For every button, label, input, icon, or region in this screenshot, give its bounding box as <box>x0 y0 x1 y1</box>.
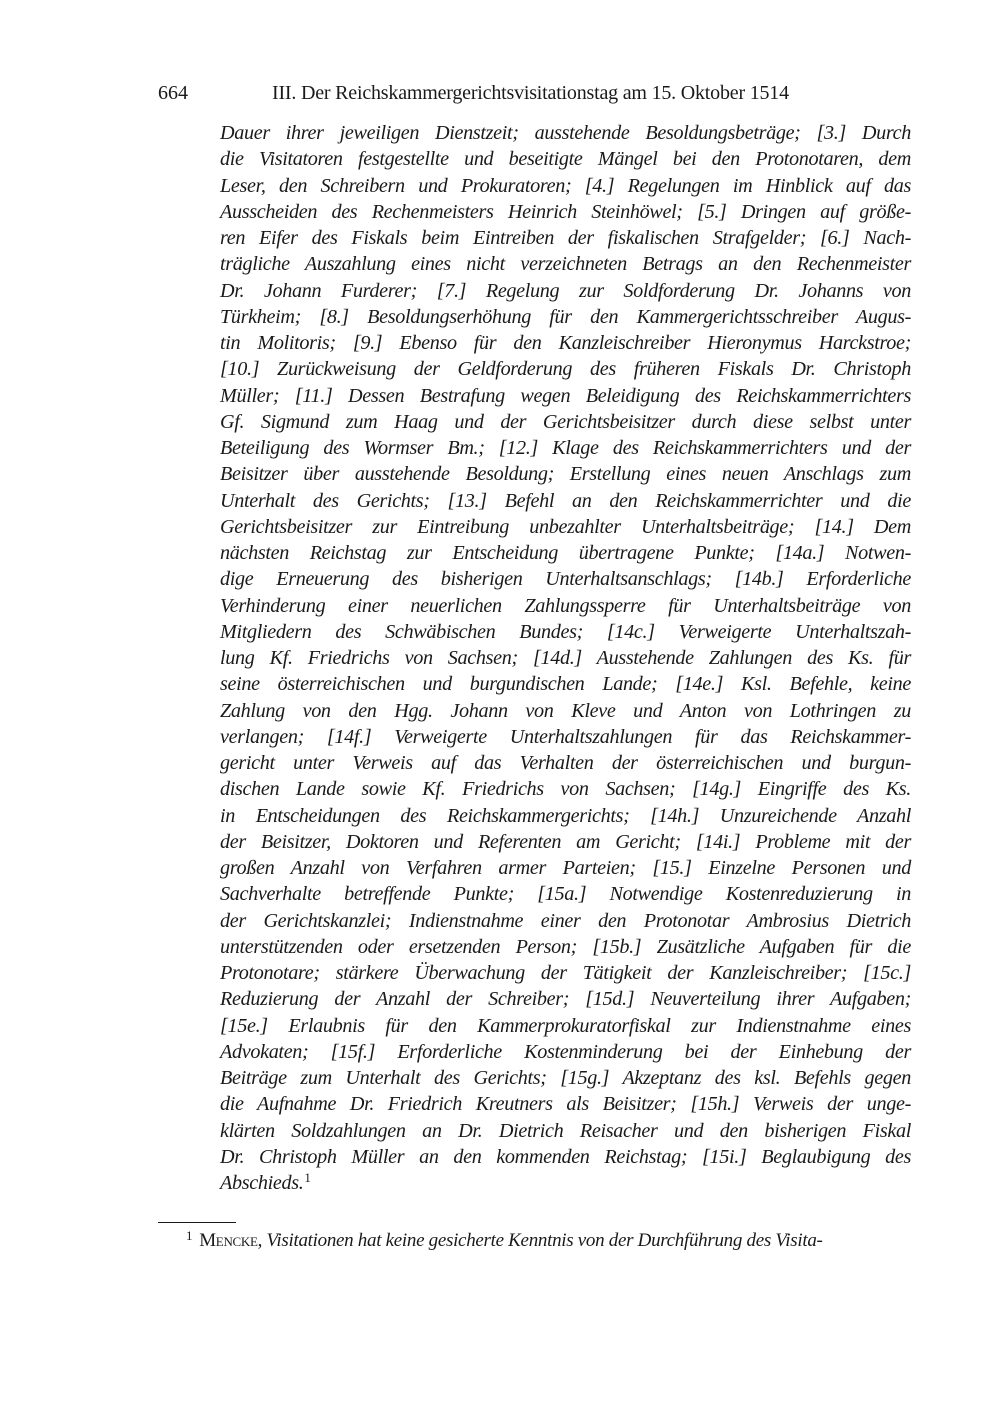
text-line: nächsten Reichstag zur Entscheidung über… <box>220 540 911 566</box>
text-line: Abschieds.1 <box>220 1170 911 1196</box>
text-line: in Entscheidungen des Reichskammergerich… <box>220 803 911 829</box>
footnote-text: Visitationen hat keine gesicherte Kenntn… <box>267 1230 823 1251</box>
text-line: Türkheim; [8.] Besoldungserhöhung für de… <box>220 304 911 330</box>
text-line: die Visitatoren festgestellte und beseit… <box>220 146 911 172</box>
text-line: tin Molitoris; [9.] Ebenso für den Kanzl… <box>220 330 911 356</box>
text-line: trägliche Auszahlung eines nicht verzeic… <box>220 251 911 277</box>
text-line: Unterhalt des Gerichts; [13.] Befehl an … <box>220 488 911 514</box>
text-line: lung Kf. Friedrichs von Sachsen; [14d.] … <box>220 645 911 671</box>
text-line: ren Eifer des Fiskals beim Eintreiben de… <box>220 225 911 251</box>
text-line: Mitgliedern des Schwäbischen Bundes; [14… <box>220 619 911 645</box>
text-line: klärten Soldzahlungen an Dr. Dietrich Re… <box>220 1118 911 1144</box>
text-line: gericht unter Verweis auf das Verhalten … <box>220 750 911 776</box>
text-line: der Beisitzer, Doktoren und Referenten a… <box>220 829 911 855</box>
footnote-reference[interactable]: 1 <box>304 1170 310 1185</box>
footnote-1: 1Mencke, Visitationen hat keine gesicher… <box>186 1229 916 1253</box>
running-head: 664 III. Der Reichskammergerichtsvisitat… <box>158 80 918 106</box>
text-line: Gerichtsbeisitzer zur Eintreibung unbeza… <box>220 514 911 540</box>
text-line: Advokaten; [15f.] Erforderliche Kostenmi… <box>220 1039 911 1065</box>
text-line: [15e.] Erlaubnis für den Kammerprokurato… <box>220 1013 911 1039</box>
text-line: Zahlung von den Hgg. Johann von Kleve un… <box>220 698 911 724</box>
text-line: seine österreichischen und burgundischen… <box>220 671 911 697</box>
text-line: Dr. Christoph Müller an den kommenden Re… <box>220 1144 911 1170</box>
text-line: großen Anzahl von Verfahren armer Partei… <box>220 855 911 881</box>
text-line: dischen Lande sowie Kf. Friedrichs von S… <box>220 776 911 802</box>
footnote-separator <box>158 1222 236 1223</box>
text-line: Reduzierung der Anzahl der Schreiber; [1… <box>220 986 911 1012</box>
text-line: Ausscheiden des Rechenmeisters Heinrich … <box>220 199 911 225</box>
text-line: Leser, den Schreibern und Prokuratoren; … <box>220 173 911 199</box>
text-line: Dr. Johann Furderer; [7.] Regelung zur S… <box>220 278 911 304</box>
text-line: [10.] Zurückweisung der Geldforderung de… <box>220 356 911 382</box>
footnote-number: 1 <box>186 1228 192 1243</box>
footnote-author: Mencke, <box>199 1230 262 1251</box>
text-line: Beisitzer über ausstehende Besoldung; Er… <box>220 461 911 487</box>
body-paragraph: Dauer ihrer jeweiligen Dienstzeit; ausst… <box>220 120 911 1196</box>
text-line: Dauer ihrer jeweiligen Dienstzeit; ausst… <box>220 120 911 146</box>
document-page: 664 III. Der Reichskammergerichtsvisitat… <box>0 0 1004 1418</box>
text-line: unterstützenden oder ersetzenden Person;… <box>220 934 911 960</box>
text-line: Sachverhalte betreffende Punkte; [15a.] … <box>220 881 911 907</box>
page-number: 664 <box>158 80 188 106</box>
chapter-title: III. Der Reichskammergerichtsvisitations… <box>272 80 789 106</box>
text-line: Müller; [11.] Dessen Bestrafung wegen Be… <box>220 383 911 409</box>
text-line: der Gerichtskanzlei; Indienstnahme einer… <box>220 908 911 934</box>
text-line: Protonotare; stärkere Überwachung der Tä… <box>220 960 911 986</box>
text-line: die Aufnahme Dr. Friedrich Kreutners als… <box>220 1091 911 1117</box>
text-line: dige Erneuerung des bisherigen Unterhalt… <box>220 566 911 592</box>
text-line: Beiträge zum Unterhalt des Gerichts; [15… <box>220 1065 911 1091</box>
text-line: Beteiligung des Wormser Bm.; [12.] Klage… <box>220 435 911 461</box>
text-line: Verhinderung einer neuerlichen Zahlungss… <box>220 593 911 619</box>
text-line: verlangen; [14f.] Verweigerte Unterhalts… <box>220 724 911 750</box>
text-line: Gf. Sigmund zum Haag und der Gerichtsbei… <box>220 409 911 435</box>
